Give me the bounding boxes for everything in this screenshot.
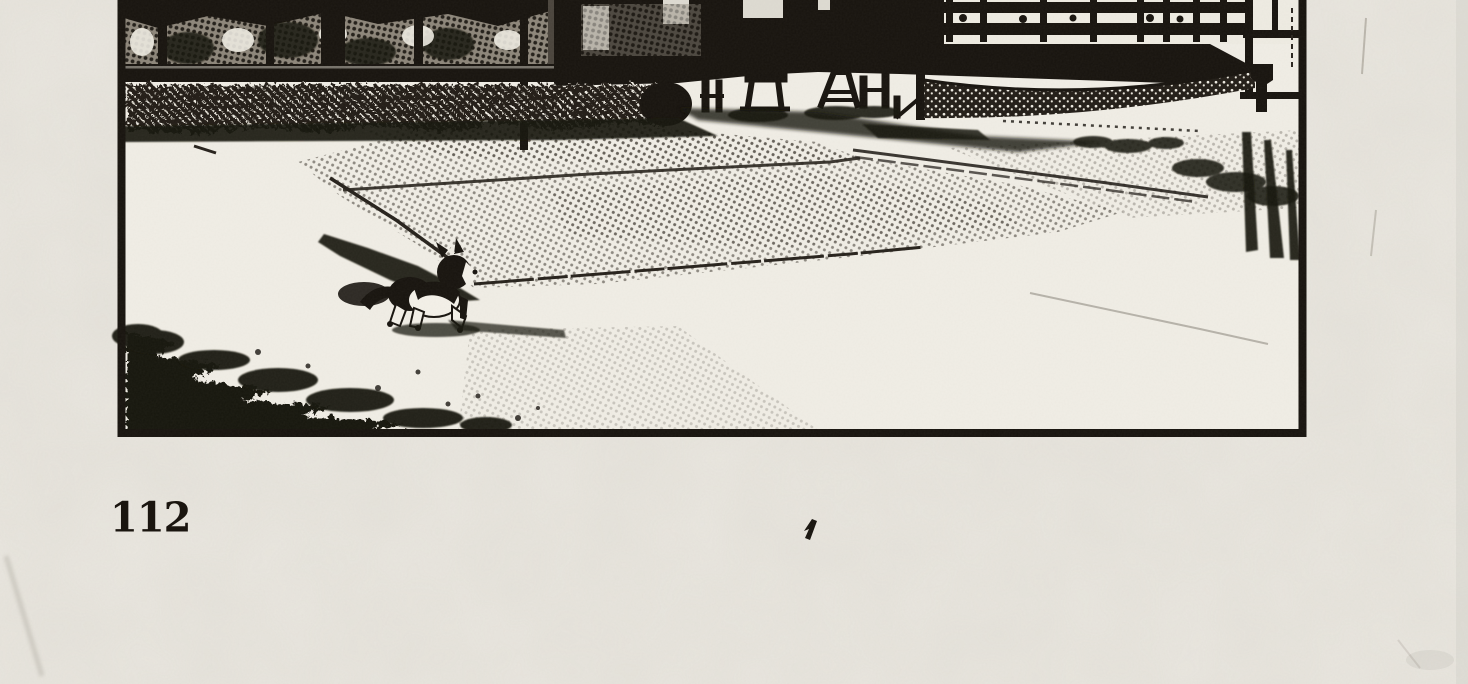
manga-page: 112	[0, 0, 1468, 684]
page-artwork	[0, 0, 1468, 684]
page-number: 112	[110, 493, 191, 542]
paper-grain-texture	[0, 0, 1468, 684]
